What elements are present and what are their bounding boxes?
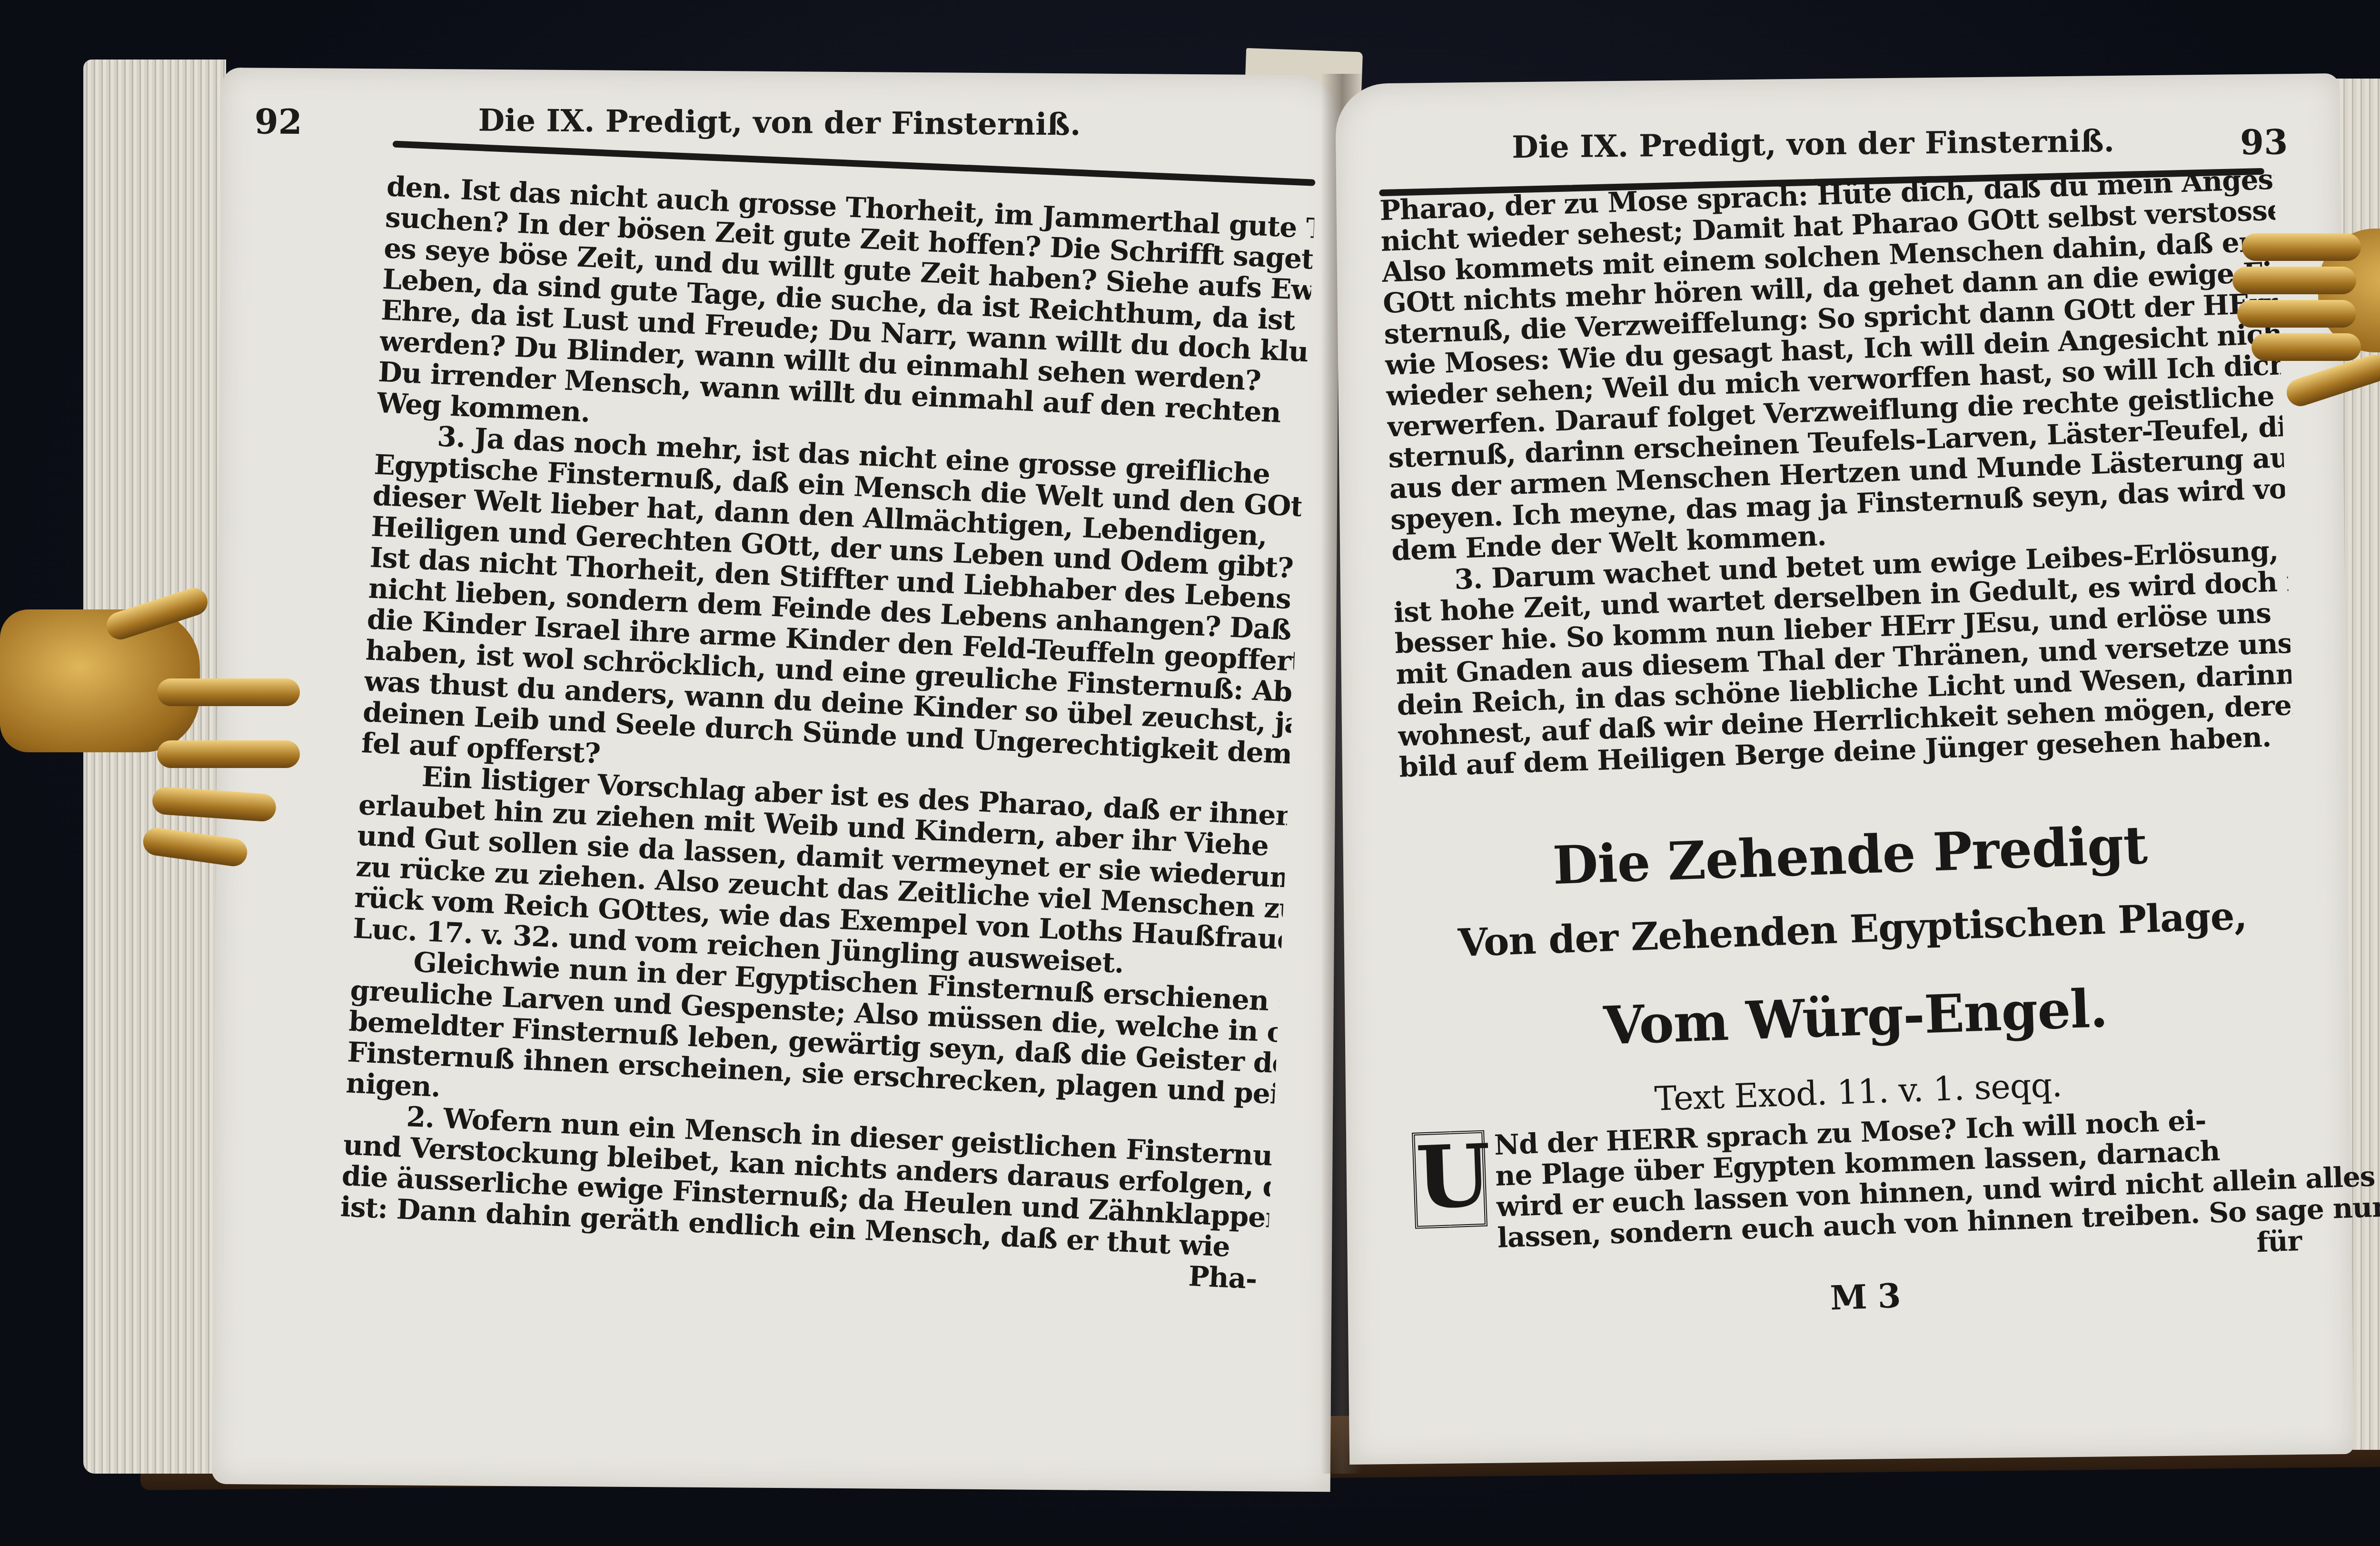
right-page-body: Pharao, der zu Mose sprach: Hüte dich, d…: [1379, 164, 2313, 1328]
sermon-subtitle: Von der Zehenden Egyptischen Plage,: [1405, 890, 2301, 969]
page-number: 93: [2240, 121, 2288, 162]
hand-finger: [2232, 267, 2356, 294]
brass-hand-holder-left: [0, 552, 309, 800]
hand-finger: [2237, 300, 2356, 328]
hand-finger: [2251, 333, 2361, 361]
running-head-left: 92 Die IX. Predigt, von der Finsterniß.: [478, 103, 1382, 145]
hand-finger: [2242, 233, 2361, 261]
left-page-body: den. Ist das nicht auch grosse Thorheit,…: [338, 171, 1315, 1295]
open-book: 92 Die IX. Predigt, von der Finsterniß. …: [83, 45, 2380, 1497]
running-head-right: Die IX. Predigt, von der Finsterniß. 93: [1512, 121, 2298, 165]
page-number: 92: [254, 101, 302, 142]
running-head-text: Die IX. Predigt, von der Finsterniß.: [478, 103, 1081, 143]
sermon-title: Die Zehende Predigt: [1402, 809, 2298, 902]
sermon-conclusion: Pharao, der zu Mose sprach: Hüte dich, d…: [1379, 164, 2294, 783]
hand-finger: [157, 678, 300, 706]
hand-finger: [157, 740, 300, 768]
left-page: 92 Die IX. Predigt, von der Finsterniß. …: [212, 68, 1340, 1492]
running-head-text: Die IX. Predigt, von der Finsterniß.: [1512, 123, 2114, 165]
sermon-subject: Vom Würg-Engel.: [1407, 971, 2303, 1064]
brass-hand-holder-right: [2232, 229, 2380, 419]
right-page: Die IX. Predigt, von der Finsterniß. 93 …: [1335, 73, 2354, 1465]
decorated-initial: U: [1412, 1130, 1487, 1229]
